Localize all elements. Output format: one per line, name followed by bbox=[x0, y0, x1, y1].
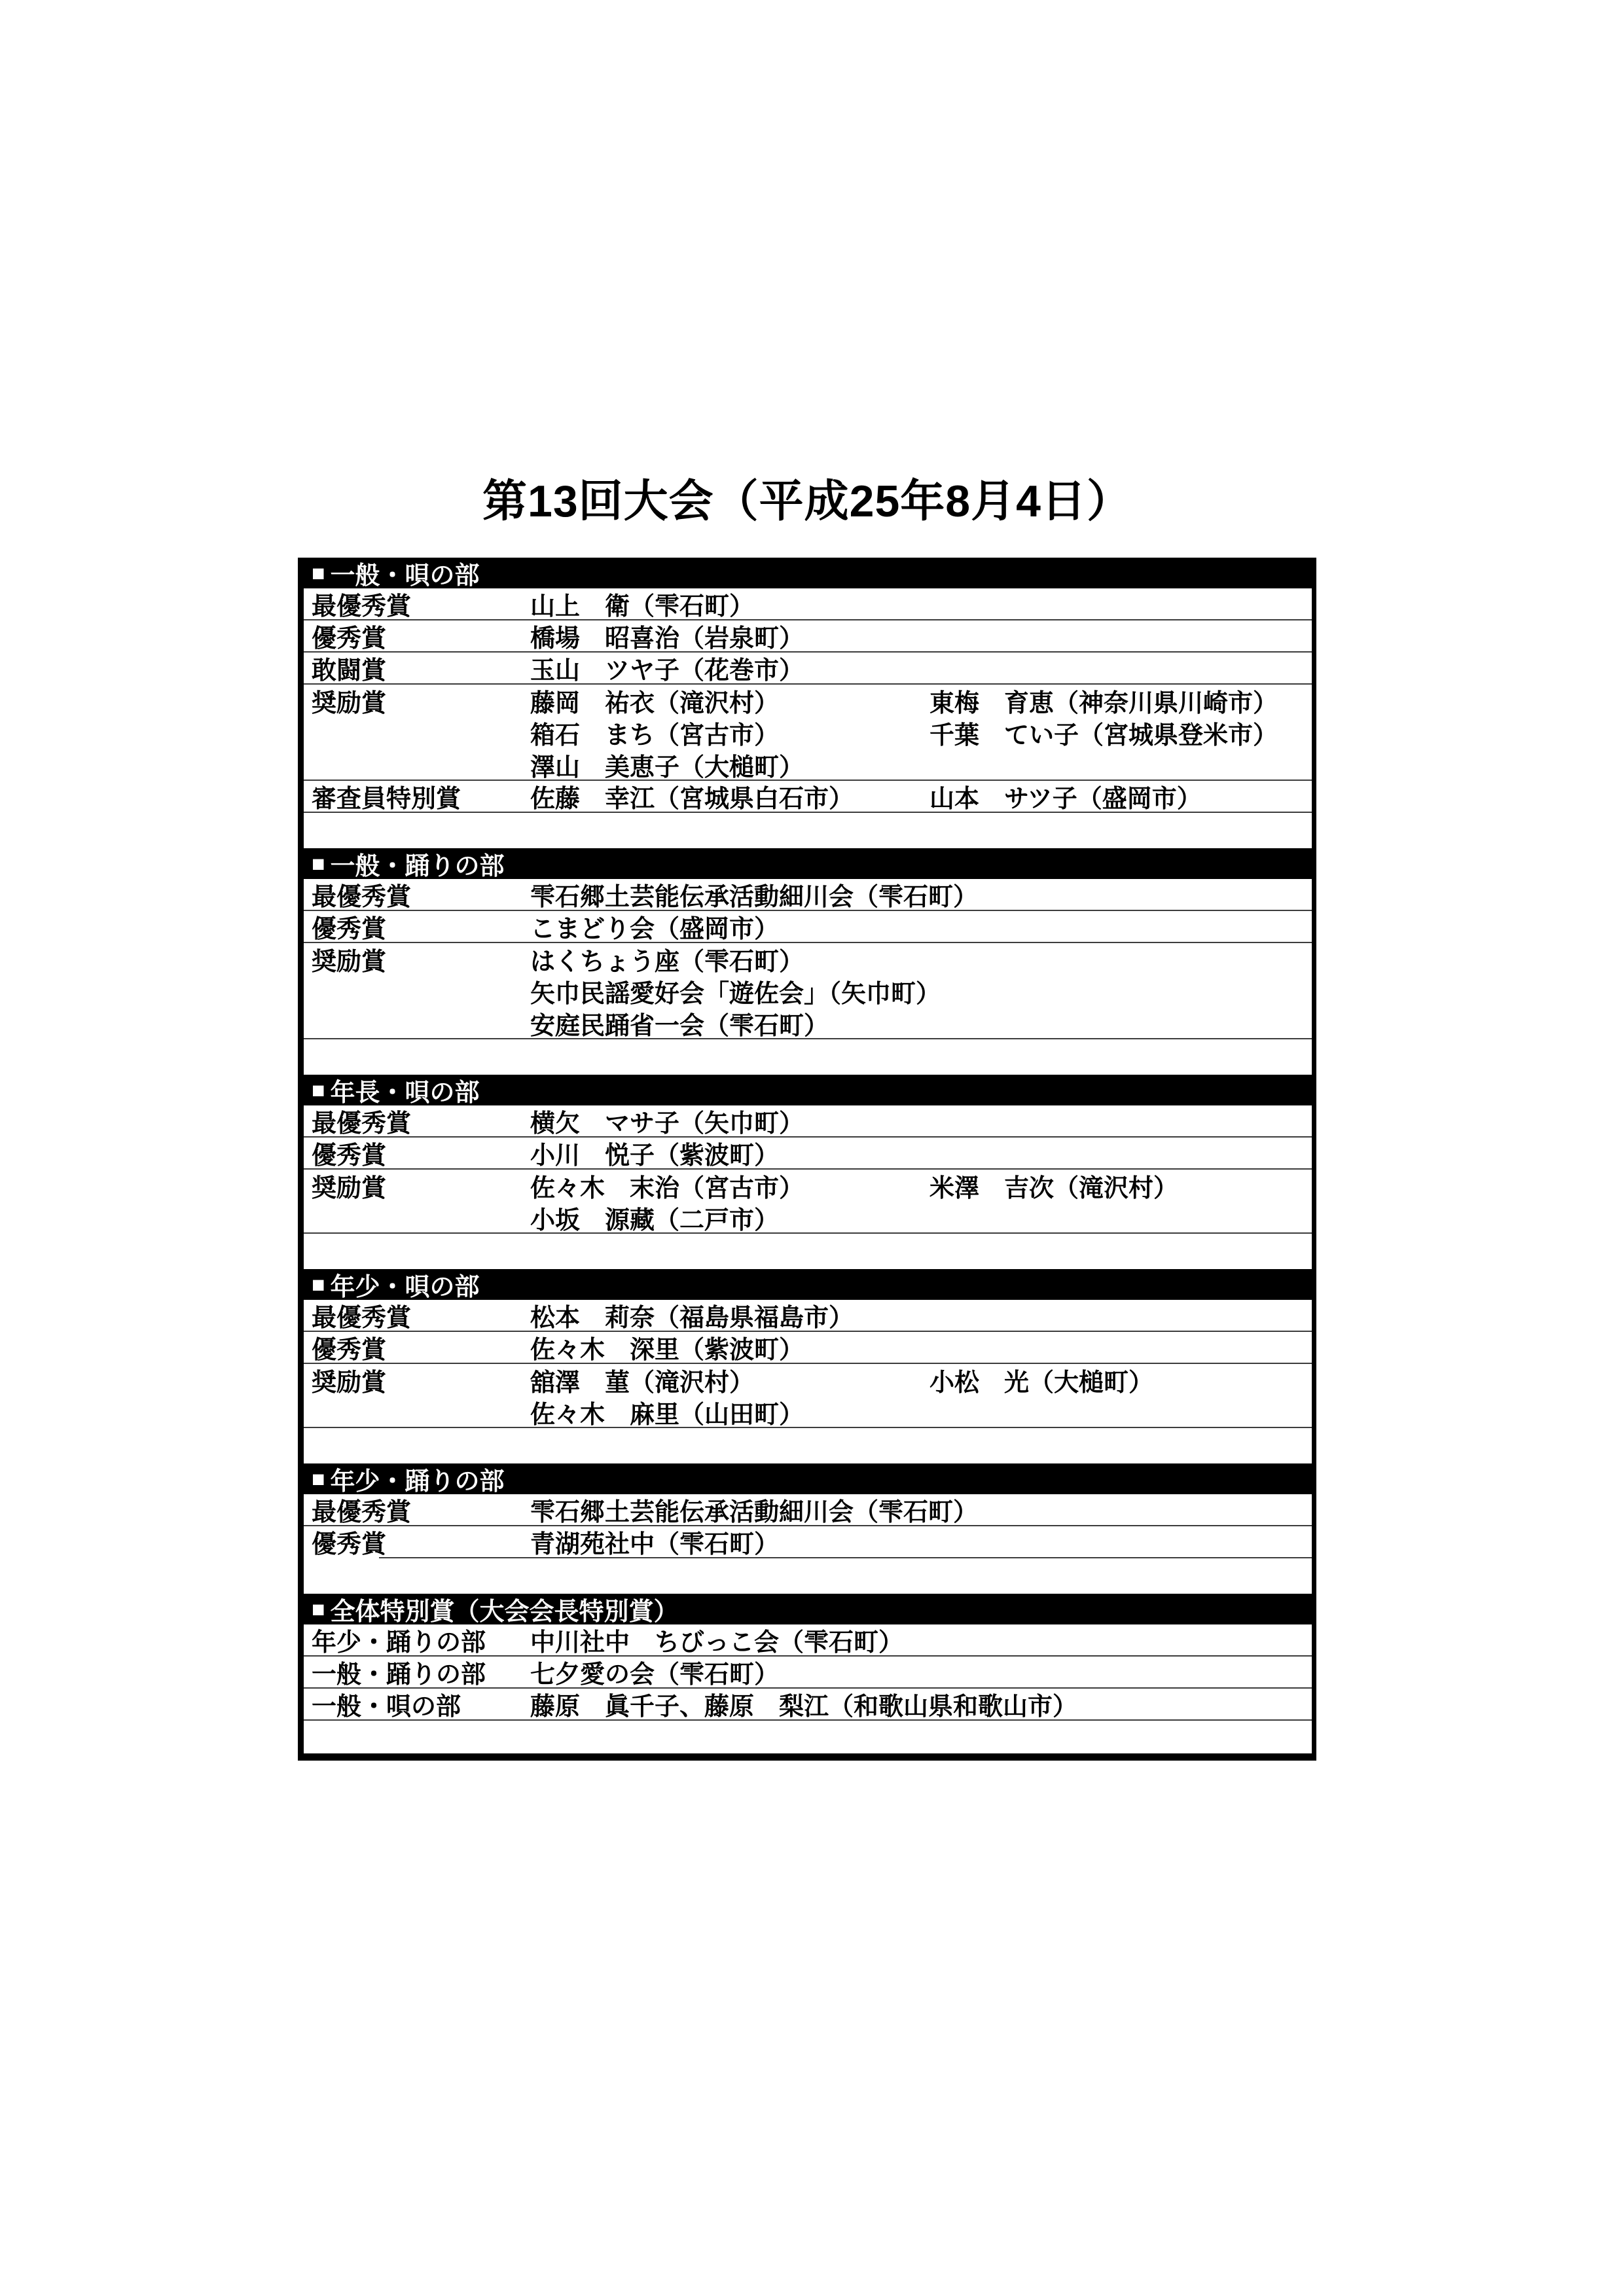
section-spacer bbox=[304, 1428, 1312, 1463]
award-label: 最優秀賞 bbox=[312, 879, 411, 910]
award-label: 奨励賞 bbox=[312, 943, 386, 975]
winner-name: 山上 衛（雫石町） bbox=[530, 588, 754, 619]
table-row: 最優秀賞 雫石郷土芸能伝承活動細川会（雫石町） bbox=[304, 1494, 1312, 1526]
winner-name: 小坂 源藏（二戸市） bbox=[530, 1202, 779, 1234]
results-table: ■ 一般・唄の部 最優秀賞 山上 衛（雫石町） 優秀賞 橋場 昭喜治（岩泉町） … bbox=[298, 558, 1316, 1761]
section-title: 全体特別賞（大会会長特別賞） bbox=[331, 1594, 679, 1624]
table-row: 優秀賞 佐々木 深里（紫波町） bbox=[304, 1332, 1312, 1364]
table-bottom-spacer bbox=[304, 1721, 1312, 1753]
section-marker-icon: ■ bbox=[312, 1079, 325, 1102]
award-label: 敢闘賞 bbox=[312, 653, 386, 683]
section-marker-icon: ■ bbox=[312, 1598, 325, 1621]
table-row: 奨励賞 佐々木 末治（宮古市） 米澤 吉次（滝沢村） 小坂 源藏（二戸市） bbox=[304, 1170, 1312, 1234]
division-label: 一般・唄の部 bbox=[312, 1689, 461, 1719]
winner-name: 小松 光（大槌町） bbox=[929, 1364, 1153, 1396]
table-row: 最優秀賞 横欠 マサ子（矢巾町） bbox=[304, 1105, 1312, 1138]
section-marker-icon: ■ bbox=[312, 1468, 325, 1490]
winner-name: 箱石 まち（宮古市） bbox=[530, 717, 779, 749]
award-label: 優秀賞 bbox=[312, 1526, 386, 1557]
table-row: 年少・踊りの部 中川社中 ちびっこ会（雫石町） bbox=[304, 1624, 1312, 1657]
section-header-general-dance: ■ 一般・踊りの部 bbox=[304, 848, 1312, 879]
section-spacer bbox=[304, 1039, 1312, 1075]
award-label: 奨励賞 bbox=[312, 1170, 386, 1202]
table-row: 最優秀賞 山上 衛（雫石町） bbox=[304, 588, 1312, 620]
award-label: 最優秀賞 bbox=[312, 588, 411, 619]
winner-name: 七夕愛の会（雫石町） bbox=[530, 1657, 779, 1687]
table-row: 奨励賞 藤岡 祐衣（滝沢村） 東梅 育恵（神奈川県川崎市） 箱石 まち（宮古市）… bbox=[304, 685, 1312, 781]
award-label: 奨励賞 bbox=[312, 685, 386, 717]
section-spacer bbox=[304, 1234, 1312, 1269]
winner-name: 佐々木 末治（宮古市） bbox=[530, 1170, 804, 1202]
section-spacer bbox=[304, 1558, 1312, 1594]
table-row: 敢闘賞 玉山 ツヤ子（花巻市） bbox=[304, 653, 1312, 685]
winner-name: 東梅 育恵（神奈川県川崎市） bbox=[929, 685, 1278, 717]
winner-name: 小川 悦子（紫波町） bbox=[530, 1138, 779, 1168]
section-marker-icon: ■ bbox=[312, 1274, 325, 1296]
section-title: 年少・踊りの部 bbox=[331, 1463, 505, 1494]
winner-name: 橋場 昭喜治（岩泉町） bbox=[530, 620, 804, 651]
section-spacer bbox=[304, 813, 1312, 848]
section-title: 年長・唄の部 bbox=[331, 1075, 480, 1105]
award-label: 優秀賞 bbox=[312, 1138, 386, 1168]
winner-name: 横欠 マサ子（矢巾町） bbox=[530, 1105, 804, 1136]
section-header-junior-dance: ■ 年少・踊りの部 bbox=[304, 1463, 1312, 1494]
winner-name: 松本 莉奈（福島県福島市） bbox=[530, 1300, 854, 1331]
winner-name: 佐々木 麻里（山田町） bbox=[530, 1396, 804, 1428]
section-marker-icon: ■ bbox=[312, 562, 325, 584]
winner-name: こまどり会（盛岡市） bbox=[530, 911, 779, 942]
section-header-junior-song: ■ 年少・唄の部 bbox=[304, 1269, 1312, 1300]
winner-name: 米澤 吉次（滝沢村） bbox=[929, 1170, 1178, 1202]
winner-name: 佐々木 深里（紫波町） bbox=[530, 1332, 804, 1363]
award-label: 奨励賞 bbox=[312, 1364, 386, 1396]
winner-name: 舘澤 菫（滝沢村） bbox=[530, 1364, 754, 1396]
page-title: 第13回大会（平成25年8月4日） bbox=[298, 466, 1316, 529]
table-row: 優秀賞 青湖苑社中（雫石町） bbox=[304, 1526, 1312, 1558]
winner-name: はくちょう座（雫石町） bbox=[530, 943, 804, 975]
winner-name: 藤岡 祐衣（滝沢村） bbox=[530, 685, 779, 717]
winner-name: 雫石郷土芸能伝承活動細川会（雫石町） bbox=[530, 879, 978, 910]
table-row: 奨励賞 舘澤 菫（滝沢村） 小松 光（大槌町） 佐々木 麻里（山田町） bbox=[304, 1364, 1312, 1428]
table-row: 一般・踊りの部 七夕愛の会（雫石町） bbox=[304, 1657, 1312, 1689]
division-label: 年少・踊りの部 bbox=[312, 1624, 486, 1655]
division-label: 一般・踊りの部 bbox=[312, 1657, 486, 1687]
winner-name: 澤山 美恵子（大槌町） bbox=[530, 749, 804, 781]
award-label: 最優秀賞 bbox=[312, 1300, 411, 1331]
table-row: 一般・唄の部 藤原 眞千子、藤原 梨江（和歌山県和歌山市） bbox=[304, 1689, 1312, 1721]
section-title: 一般・唄の部 bbox=[331, 558, 480, 588]
award-label: 優秀賞 bbox=[312, 911, 386, 942]
winner-name: 藤原 眞千子、藤原 梨江（和歌山県和歌山市） bbox=[530, 1689, 1077, 1719]
table-row: 奨励賞 はくちょう座（雫石町） 矢巾民謡愛好会「遊佐会」（矢巾町） 安庭民踊省一… bbox=[304, 943, 1312, 1039]
section-header-general-song: ■ 一般・唄の部 bbox=[304, 558, 1312, 588]
winner-name: 矢巾民謡愛好会「遊佐会」（矢巾町） bbox=[530, 975, 941, 1007]
award-label: 優秀賞 bbox=[312, 1332, 386, 1363]
winner-name: 山本 サツ子（盛岡市） bbox=[929, 781, 1202, 812]
section-header-overall-special: ■ 全体特別賞（大会会長特別賞） bbox=[304, 1594, 1312, 1624]
winner-name: 千葉 てい子（宮城県登米市） bbox=[929, 717, 1278, 749]
section-header-senior-song: ■ 年長・唄の部 bbox=[304, 1075, 1312, 1105]
table-row: 優秀賞 橋場 昭喜治（岩泉町） bbox=[304, 620, 1312, 653]
table-row: 最優秀賞 松本 莉奈（福島県福島市） bbox=[304, 1300, 1312, 1332]
award-label: 最優秀賞 bbox=[312, 1105, 411, 1136]
table-row: 優秀賞 小川 悦子（紫波町） bbox=[304, 1138, 1312, 1170]
winner-name: 玉山 ツヤ子（花巻市） bbox=[530, 653, 804, 683]
winner-name: 青湖苑社中（雫石町） bbox=[530, 1526, 779, 1557]
award-label: 審査員特別賞 bbox=[312, 781, 461, 812]
award-label: 最優秀賞 bbox=[312, 1494, 411, 1525]
table-row: 最優秀賞 雫石郷土芸能伝承活動細川会（雫石町） bbox=[304, 879, 1312, 911]
section-title: 年少・唄の部 bbox=[331, 1269, 480, 1300]
table-row: 審査員特別賞 佐藤 幸江（宮城県白石市） 山本 サツ子（盛岡市） bbox=[304, 781, 1312, 813]
table-row: 優秀賞 こまどり会（盛岡市） bbox=[304, 911, 1312, 943]
winner-name: 安庭民踊省一会（雫石町） bbox=[530, 1007, 829, 1039]
winner-name: 佐藤 幸江（宮城県白石市） bbox=[530, 781, 854, 812]
section-title: 一般・踊りの部 bbox=[331, 848, 505, 879]
award-label: 優秀賞 bbox=[312, 620, 386, 651]
section-marker-icon: ■ bbox=[312, 853, 325, 875]
partial-row-divider bbox=[379, 1557, 1312, 1558]
winner-name: 中川社中 ちびっこ会（雫石町） bbox=[530, 1624, 903, 1655]
winner-name: 雫石郷土芸能伝承活動細川会（雫石町） bbox=[530, 1494, 978, 1525]
